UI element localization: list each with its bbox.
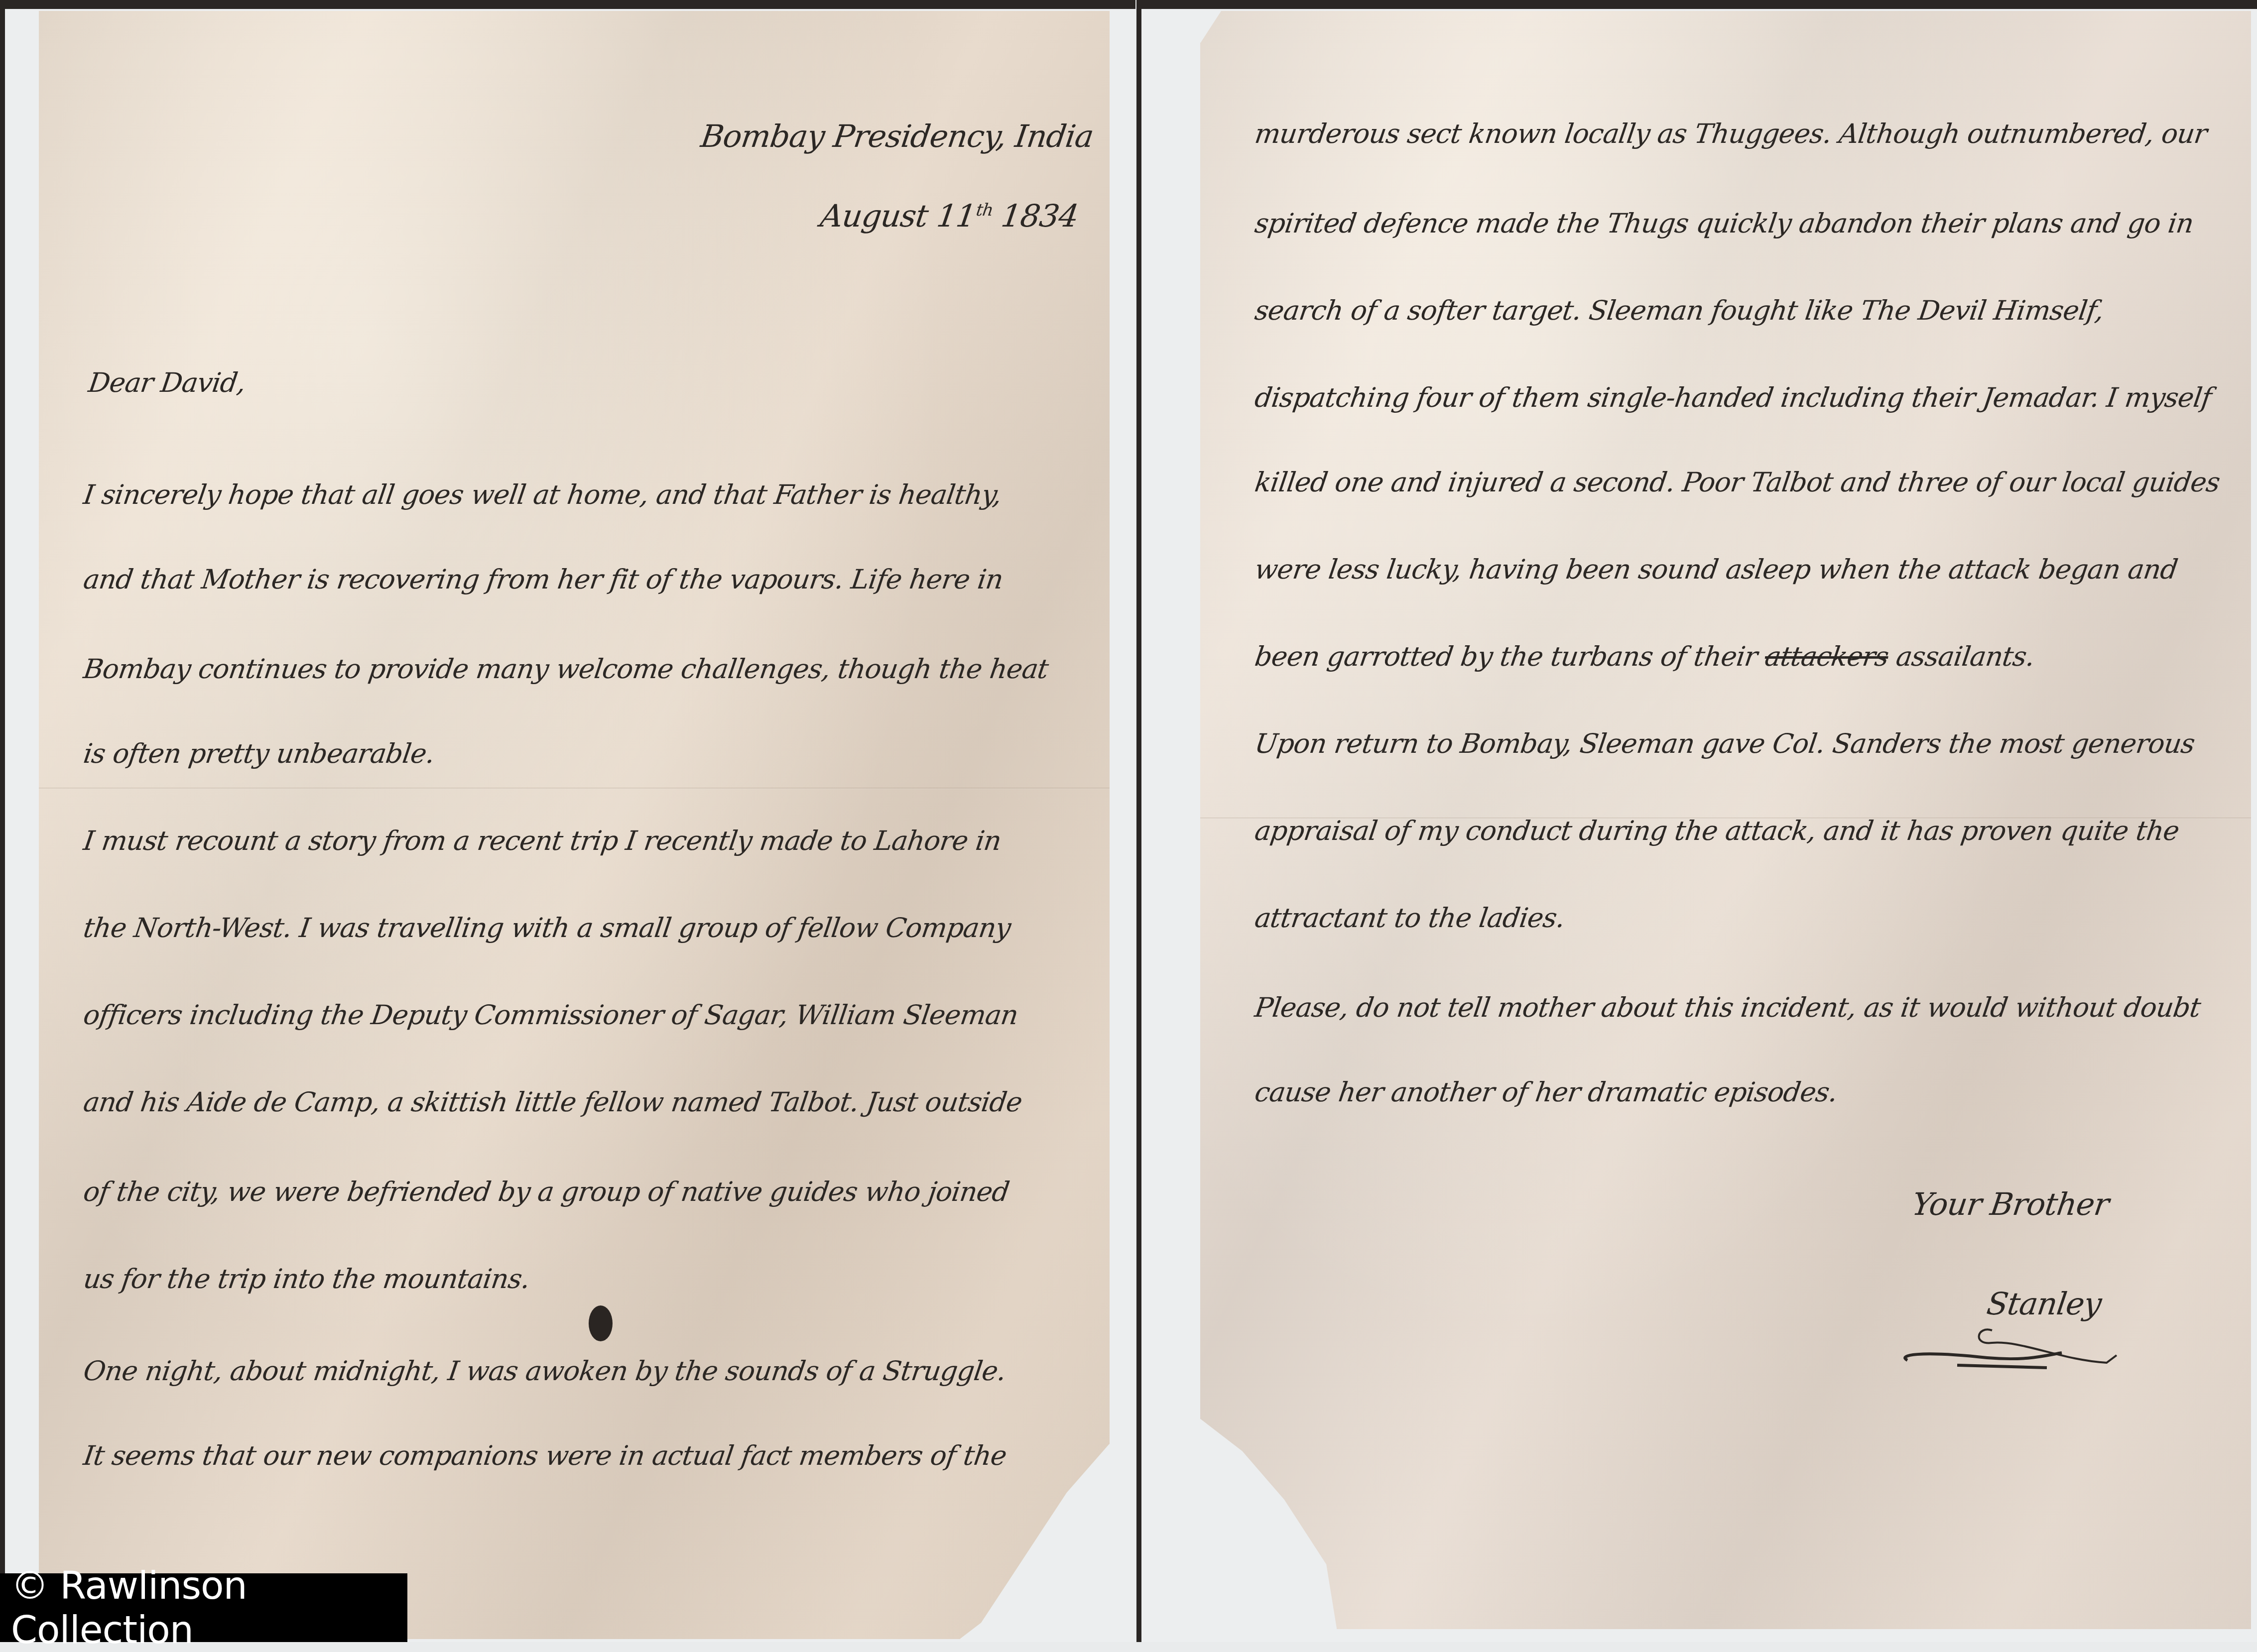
letter-line: the North-West. I was travelling with a … <box>82 912 1013 944</box>
letter-line: I sincerely hope that all goes well at h… <box>82 479 1003 510</box>
letter-date: August 11th 1834 <box>818 198 1081 234</box>
letter-line: murderous sect known locally as Thuggees… <box>1253 118 2209 149</box>
signature-flourish <box>1897 1315 2156 1375</box>
letter-address: Bombay Presidency, India <box>699 118 1096 154</box>
letter-line: killed one and injured a second. Poor Ta… <box>1253 467 2222 498</box>
letter-line: I must recount a story from a recent tri… <box>82 825 1003 856</box>
letter-line: us for the trip into the mountains. <box>82 1263 532 1295</box>
letter-line: dispatching four of them single-handed i… <box>1253 382 2214 413</box>
letter-closing: Your Brother <box>1910 1186 2111 1222</box>
letter-salutation: Dear David, <box>87 367 248 398</box>
letter-line: It seems that our new companions were in… <box>82 1440 1008 1471</box>
letter-line: cause her another of her dramatic episod… <box>1253 1076 1840 1108</box>
letter-line: officers including the Deputy Commission… <box>82 999 1020 1031</box>
letter-line: were less lucky, having been sound aslee… <box>1253 554 2180 585</box>
letter-line: been garrotted by the turbans of their a… <box>1253 641 2037 672</box>
letter-line: is often pretty unbearable. <box>82 738 437 769</box>
letter-line: and that Mother is recovering from her f… <box>82 564 1005 595</box>
letter-line: Upon return to Bombay, Sleeman gave Col.… <box>1253 728 2197 759</box>
letter-line: and his Aide de Camp, a skittish little … <box>82 1086 1024 1118</box>
fold-crease <box>39 788 1110 789</box>
copyright-watermark: © Rawlinson Collection <box>0 1573 407 1642</box>
letter-line: attractant to the ladies. <box>1253 902 1567 934</box>
letter-line: search of a softer target. Sleeman fough… <box>1253 295 2106 326</box>
letter-line: One night, about midnight, I was awoken … <box>82 1355 1008 1387</box>
watermark-text: © Rawlinson Collection <box>11 1563 407 1642</box>
letter-page-1: Bombay Presidency, India August 11th 183… <box>39 11 1110 1639</box>
scanner-edge <box>0 0 5 1642</box>
scanner-edge <box>1136 0 2257 9</box>
letter-page-2: murderous sect known locally as Thuggees… <box>1200 11 2251 1629</box>
struck-word: attackers <box>1763 641 1890 672</box>
scanner-edge <box>1136 0 1141 1642</box>
letter-line: spirited defence made the Thugs quickly … <box>1253 208 2196 239</box>
letter-line: Please, do not tell mother about this in… <box>1253 992 2203 1023</box>
letter-line: of the city, we were befriended by a gro… <box>82 1176 1011 1207</box>
scanner-edge <box>0 0 1135 9</box>
letter-line: Bombay continues to provide many welcome… <box>82 653 1050 685</box>
ink-blot <box>589 1305 613 1341</box>
letter-line: appraisal of my conduct during the attac… <box>1253 815 2181 846</box>
